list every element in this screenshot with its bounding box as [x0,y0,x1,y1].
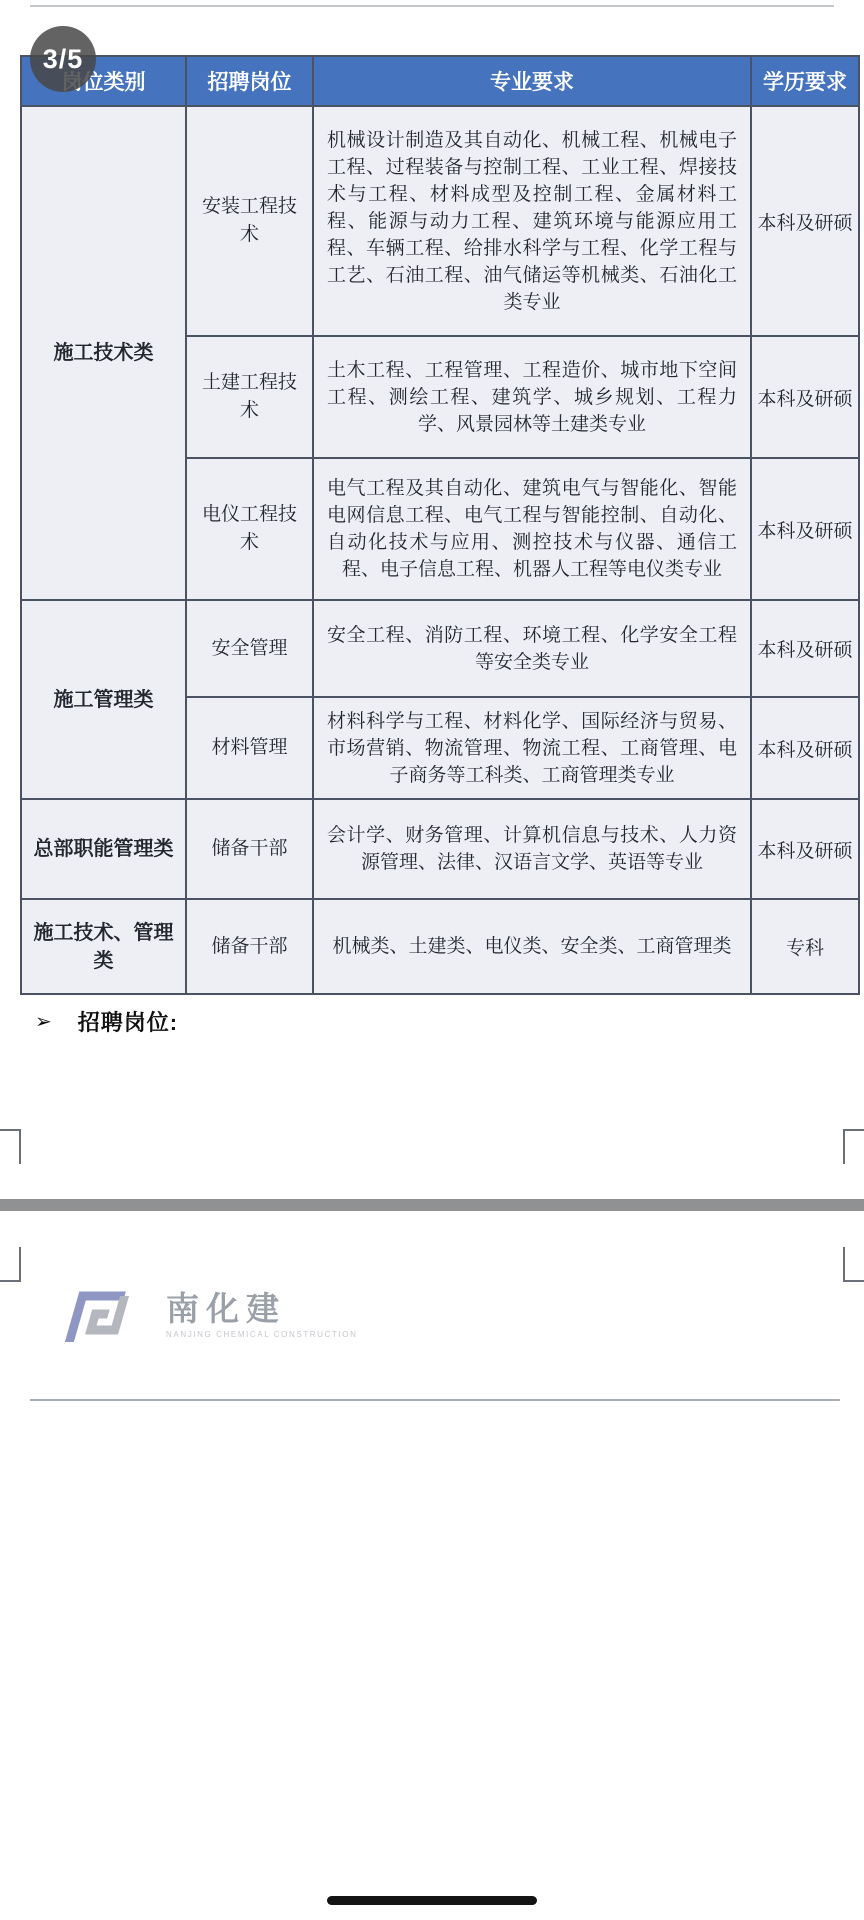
company-logo-icon [52,1282,156,1348]
page-number-badge: 3/5 [30,26,96,92]
crop-mark-bottom-right [843,1129,864,1164]
cell-category-construction-tech: 施工技术类 [21,106,186,600]
cell-category-tech-mgmt: 施工技术、管理类 [21,899,186,994]
page-number-label: 3/5 [43,44,84,75]
arrow-bullet-icon: ➢ [35,1009,52,1034]
cell-education: 本科及研硕 [751,799,859,899]
cell-education: 本科及研硕 [751,106,859,336]
cell-education: 本科及研硕 [751,458,859,600]
recruitment-positions-label: 招聘岗位: [78,1006,178,1037]
cell-majors: 电气工程及其自动化、建筑电气与智能化、智能电网信息工程、电气工程与智能控制、自动… [313,458,751,600]
table-row: 总部职能管理类 储备干部 会计学、财务管理、计算机信息与技术、人力资源管理、法律… [21,799,859,899]
cell-education: 本科及研硕 [751,600,859,697]
cell-education: 本科及研硕 [751,697,859,799]
cell-position: 储备干部 [186,899,313,994]
col-header-position: 招聘岗位 [186,56,313,106]
col-header-majors: 专业要求 [313,56,751,106]
table-row: 施工管理类 安全管理 安全工程、消防工程、环境工程、化学安全工程等安全类专业 本… [21,600,859,697]
cell-category-construction-mgmt: 施工管理类 [21,600,186,799]
cell-category-hq-functions: 总部职能管理类 [21,799,186,899]
recruitment-positions-heading: ➢ 招聘岗位: [35,1006,178,1037]
cell-position: 安全管理 [186,600,313,697]
cell-position: 材料管理 [186,697,313,799]
crop-mark-top-left [0,1247,21,1282]
col-header-education: 学历要求 [751,56,859,106]
cell-education: 本科及研硕 [751,336,859,458]
company-logo: 南化建 NANJING CHEMICAL CONSTRUCTION [52,1282,357,1348]
recruitment-table: 岗位类别 招聘岗位 专业要求 学历要求 施工技术类 安装工程技术 机械设计制造及… [20,55,860,995]
cell-majors: 土木工程、工程管理、工程造价、城市地下空间工程、测绘工程、建筑学、城乡规划、工程… [313,336,751,458]
next-page-header-rule [30,1399,840,1401]
table-header-row: 岗位类别 招聘岗位 专业要求 学历要求 [21,56,859,106]
company-logo-text: 南化建 NANJING CHEMICAL CONSTRUCTION [166,1291,357,1339]
cell-majors: 安全工程、消防工程、环境工程、化学安全工程等安全类专业 [313,600,751,697]
table-row: 施工技术类 安装工程技术 机械设计制造及其自动化、机械工程、机械电子工程、过程装… [21,106,859,336]
company-name-english: NANJING CHEMICAL CONSTRUCTION [166,1330,357,1339]
crop-mark-top-right [843,1247,864,1282]
cell-majors: 机械类、土建类、电仪类、安全类、工商管理类 [313,899,751,994]
cell-majors: 材料科学与工程、材料化学、国际经济与贸易、市场营销、物流管理、物流工程、工商管理… [313,697,751,799]
cell-majors: 会计学、财务管理、计算机信息与技术、人力资源管理、法律、汉语言文学、英语等专业 [313,799,751,899]
page-top-rule [30,5,834,7]
cell-education: 专科 [751,899,859,994]
cell-position: 储备干部 [186,799,313,899]
cell-position: 电仪工程技术 [186,458,313,600]
cell-position: 安装工程技术 [186,106,313,336]
company-name: 南化建 [166,1291,357,1327]
crop-mark-bottom-left [0,1129,21,1164]
home-indicator-bar[interactable] [327,1896,537,1905]
cell-majors: 机械设计制造及其自动化、机械工程、机械电子工程、过程装备与控制工程、工业工程、焊… [313,106,751,336]
table-row: 施工技术、管理类 储备干部 机械类、土建类、电仪类、安全类、工商管理类 专科 [21,899,859,994]
cell-position: 土建工程技术 [186,336,313,458]
page-break-bar [0,1199,864,1211]
